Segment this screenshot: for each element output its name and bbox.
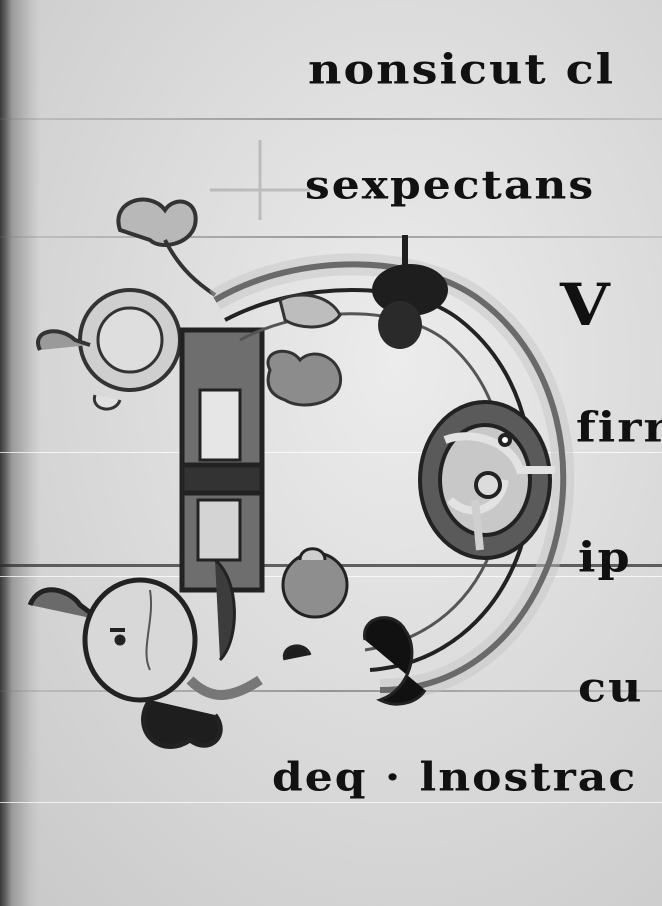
manuscript-page: nonsicut cl sexpectans V firr ip cu deq … bbox=[0, 0, 662, 906]
initial-stem bbox=[182, 330, 262, 590]
text-line-2: sexpectans bbox=[305, 163, 595, 209]
text-line-1: nonsicut cl bbox=[308, 45, 615, 94]
upper-knot-ornament bbox=[372, 235, 448, 349]
text-line-4: firr bbox=[576, 403, 662, 452]
interior-leaf-ornament bbox=[268, 295, 341, 405]
text-line-3-capital: V bbox=[560, 272, 612, 340]
text-line-5: ip bbox=[578, 533, 632, 582]
interlace-knot-roundel bbox=[420, 402, 555, 558]
text-line-6: cu bbox=[578, 663, 643, 712]
text-line-7: deq · lnostrac bbox=[272, 755, 637, 801]
faint-cross-ornament bbox=[210, 140, 310, 220]
